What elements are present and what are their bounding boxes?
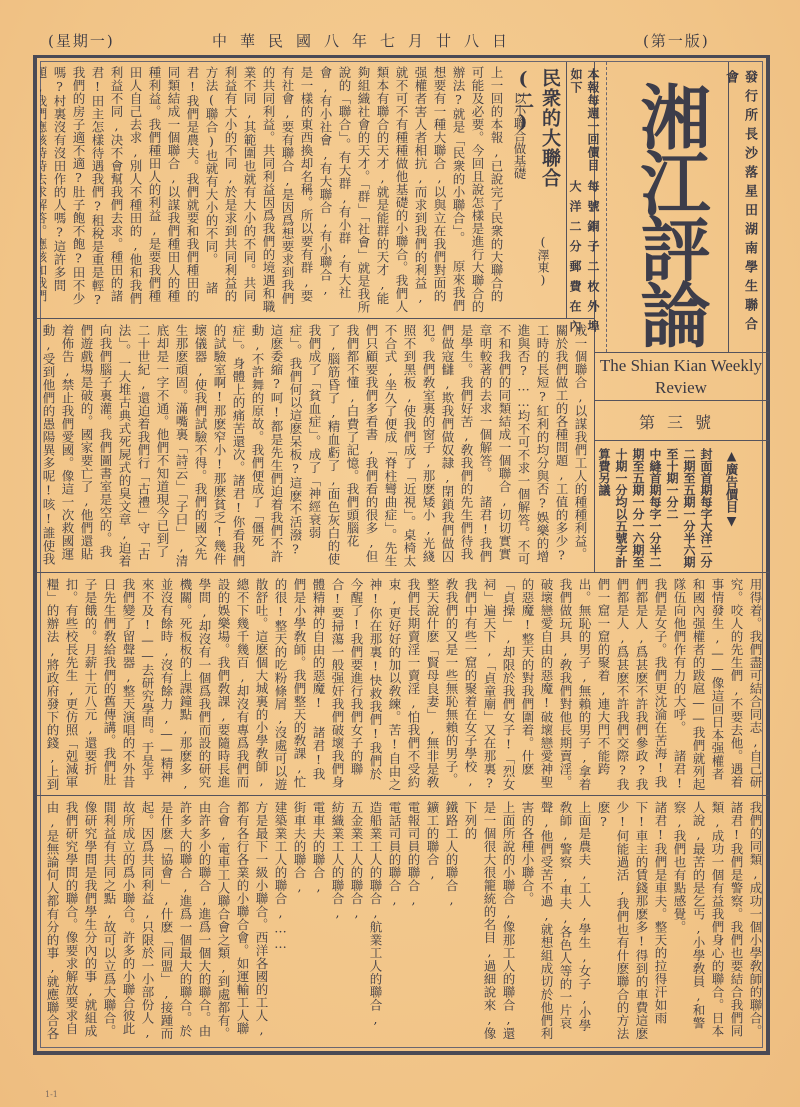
band-divider-2 <box>37 572 769 573</box>
list-item: 紡織業工人的聯合, <box>330 801 345 921</box>
price-note: 本報每週一回價目如下 <box>580 68 602 178</box>
list-item: 五金業工人的聯合, <box>349 801 364 921</box>
header-date: 中華民國八年七月廿八日 <box>212 30 520 51</box>
list-item: 鑛工的聯合, <box>425 801 440 882</box>
issue-divider <box>594 440 769 441</box>
list-item: 電話司員的聯合, <box>387 801 402 908</box>
paragraph: 上面是農夫,工人,學生,女子,小學敎師,警察,車夫,各色人等的一片哀聲,他們受苦… <box>520 801 592 1040</box>
list-item: 電報司員的聯合, <box>406 801 421 908</box>
masthead-rule <box>728 62 729 352</box>
paragraph: 諸君!我們是女子。我們更沈淪在苦海!我們都是人,爲甚麽不許我們參政?我們都是人,… <box>311 578 687 791</box>
newspaper-title: 湘江評論 <box>610 68 720 358</box>
article-text-bottom: 我們的同類,成功一個小學敎師的聯合。 諸君!我們是警察。我們也要結合我們同類,成… <box>40 801 765 1041</box>
paragraph: 諸君!我們是警察。我們也要結合我們同類,成功一個有益我們身心的聯合。日本人說,最… <box>672 801 744 1038</box>
english-title: The Shian Kian Weekly Review <box>596 355 766 399</box>
paragraph: 方是最下一級小聯合。西洋各國的工人,都有各行各業的小聯合會。如運輸工人聯合會,電… <box>40 801 269 1040</box>
band-divider-1 <box>37 318 594 319</box>
paragraph: 我們的同類,成功一個小學敎師的聯合。 <box>748 801 763 1038</box>
issue-number: 第三號 <box>596 410 766 433</box>
article-text-middle: 成一個聯合,以謀我們工人的種種利益。關於我們做工的各種問題,工值的多少?工時的長… <box>40 324 590 568</box>
paragraph: 成一個聯合,以謀我們工人的種種利益。關於我們做工的各種問題,工值的多少?工時的長… <box>478 324 588 566</box>
price: 每號銅子二枚外埠大洋二分郵費在內 <box>566 180 602 340</box>
article-subtitle: 以小聯合做基礎 <box>508 92 528 202</box>
article-text-top: 上一回的本報,已說完了民衆的大聯合的可能及必要。今回且說怎樣是進行大聯合的辦法?… <box>40 66 506 314</box>
paragraph: 原來我們想要有一種大聯合,以與立在我們對面的强權者害人者相抗,而求到我們的利益,… <box>318 66 466 314</box>
list-item: 造船業工人的聯合,航業工人的聯合, <box>368 801 383 1027</box>
page-mark: 1-1 <box>45 1090 58 1099</box>
list-item: 街車夫的聯合, <box>292 801 307 895</box>
article-author: (澤東) <box>532 235 552 295</box>
list-item: 建築業工人的聯合,…… <box>273 801 288 952</box>
english-title-divider <box>594 400 769 401</box>
paragraph: 上面所說的小聯合,像那工人的聯合,還是一個很大很籠統的名目,過細說來,像下列的 <box>463 801 516 1040</box>
advertising-title: ▲廣告價目▼ <box>718 448 740 568</box>
header-weekday: (星期一) <box>48 30 115 51</box>
article-text-lower: 用得着。我們盡可結合同志,自己研究。咬人的先生們,不要去他。遇着事情發生,——像… <box>40 578 765 791</box>
ad-rate-fold: 中縫首期每字一分半二期至五期一分一六期至十期一分均以五號字計算費另議 <box>597 448 662 568</box>
list-item: 鐵路工人的聯合, <box>444 801 459 908</box>
publisher: 發行所長沙落星田湖南學生聯合會 <box>735 70 759 350</box>
paragraph: 是一樣的東西換却名稱。所以要有群,要有社會,要有聯合,是因爲想要求到我們的共同利… <box>204 66 314 313</box>
advertising-rates: 封面首期每字大洋二分二期至五期一分半六期至十期一分二 中縫首期每字一分半二期至五… <box>594 448 714 568</box>
paragraph: 諸君!我們是小學敎師。我們整天的敎課,忙的很!整天的吃粉條屑,沒處可以遊散舒吐。… <box>40 578 326 791</box>
paragraph: 諸君!我們是學生。我們好苦,敎我們的先生們待我們做寇讎,欺我們做奴隷,閉鎖我們做… <box>40 324 493 568</box>
paragraph: 諸君!我們是車夫。整天的拉得汗如雨下!車主的賃錢那麽多!得到的車費這麽少!何能過… <box>596 801 668 1040</box>
list-item: 電車夫的聯合, <box>311 801 326 895</box>
page-header: (星期一) 中華民國八年七月廿八日 (第一版) <box>0 30 800 52</box>
paragraph: 諸君!我們是農夫。我們就要和我們種田的同類結成一個聯合,以謀我們種田人的種種利益… <box>40 66 219 308</box>
header-page-number: (第一版) <box>643 30 710 51</box>
band-divider-3 <box>37 795 769 796</box>
masthead-dash-rule <box>606 62 607 352</box>
article-title: 民衆的大聯合(二) <box>530 68 564 218</box>
ad-rate-cover: 封面首期每字大洋二分二期至五期一分半六期至十期一分二 <box>665 448 713 568</box>
